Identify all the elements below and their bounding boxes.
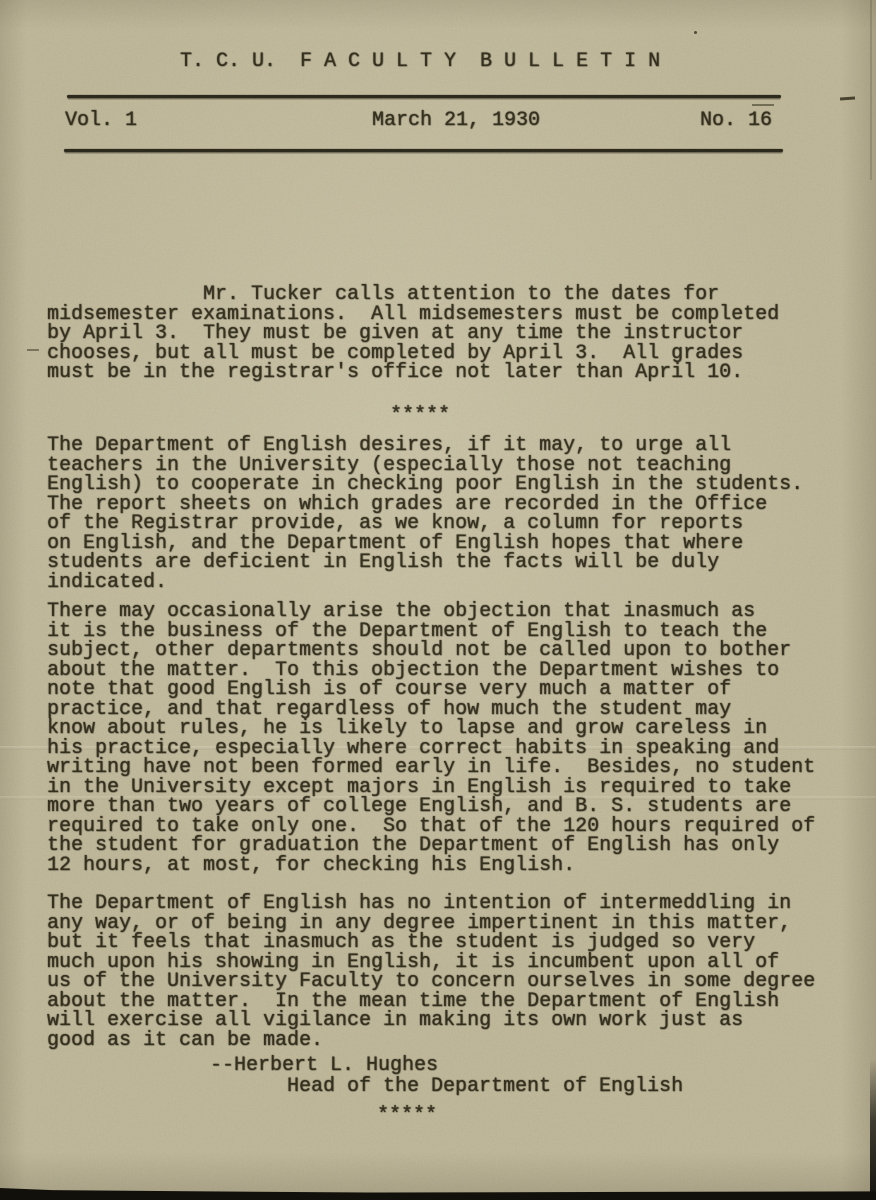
masthead-date: March 21, 1930	[372, 111, 540, 131]
scan-edge-right	[870, 1058, 876, 1200]
scan-edge-bottom	[0, 1188, 876, 1200]
scan-edge-right-faint	[870, 0, 872, 180]
ink-speck	[694, 31, 697, 34]
ink-speck	[840, 96, 855, 100]
masthead-issue-number: No. 16	[700, 111, 772, 131]
paragraph-midsemester-exams: Mr. Tucker calls attention to the dates …	[47, 285, 779, 383]
masthead-volume: Vol. 1	[65, 111, 137, 131]
signature-title: Head of the Department of English	[287, 1077, 683, 1097]
masthead-rule-bottom	[64, 149, 783, 152]
paragraph-english-dept-intentions: The Department of English has no intenti…	[47, 894, 815, 1050]
section-separator-asterisks: *****	[390, 406, 450, 426]
signature-name: --Herbert L. Hughes	[210, 1056, 438, 1076]
bulletin-page: T. C. U. F A C U L T Y B U L L E T I N V…	[0, 0, 876, 1200]
closing-separator-asterisks: *****	[377, 1106, 437, 1126]
paragraph-english-dept-request: The Department of English desires, if it…	[47, 436, 803, 592]
masthead-title: T. C. U. F A C U L T Y B U L L E T I N	[180, 52, 660, 72]
paragraph-english-objection-reply: There may occasionally arise the objecti…	[47, 602, 815, 875]
ink-speck	[27, 349, 39, 351]
masthead-rule-top	[67, 95, 781, 98]
ink-speck	[752, 104, 774, 106]
